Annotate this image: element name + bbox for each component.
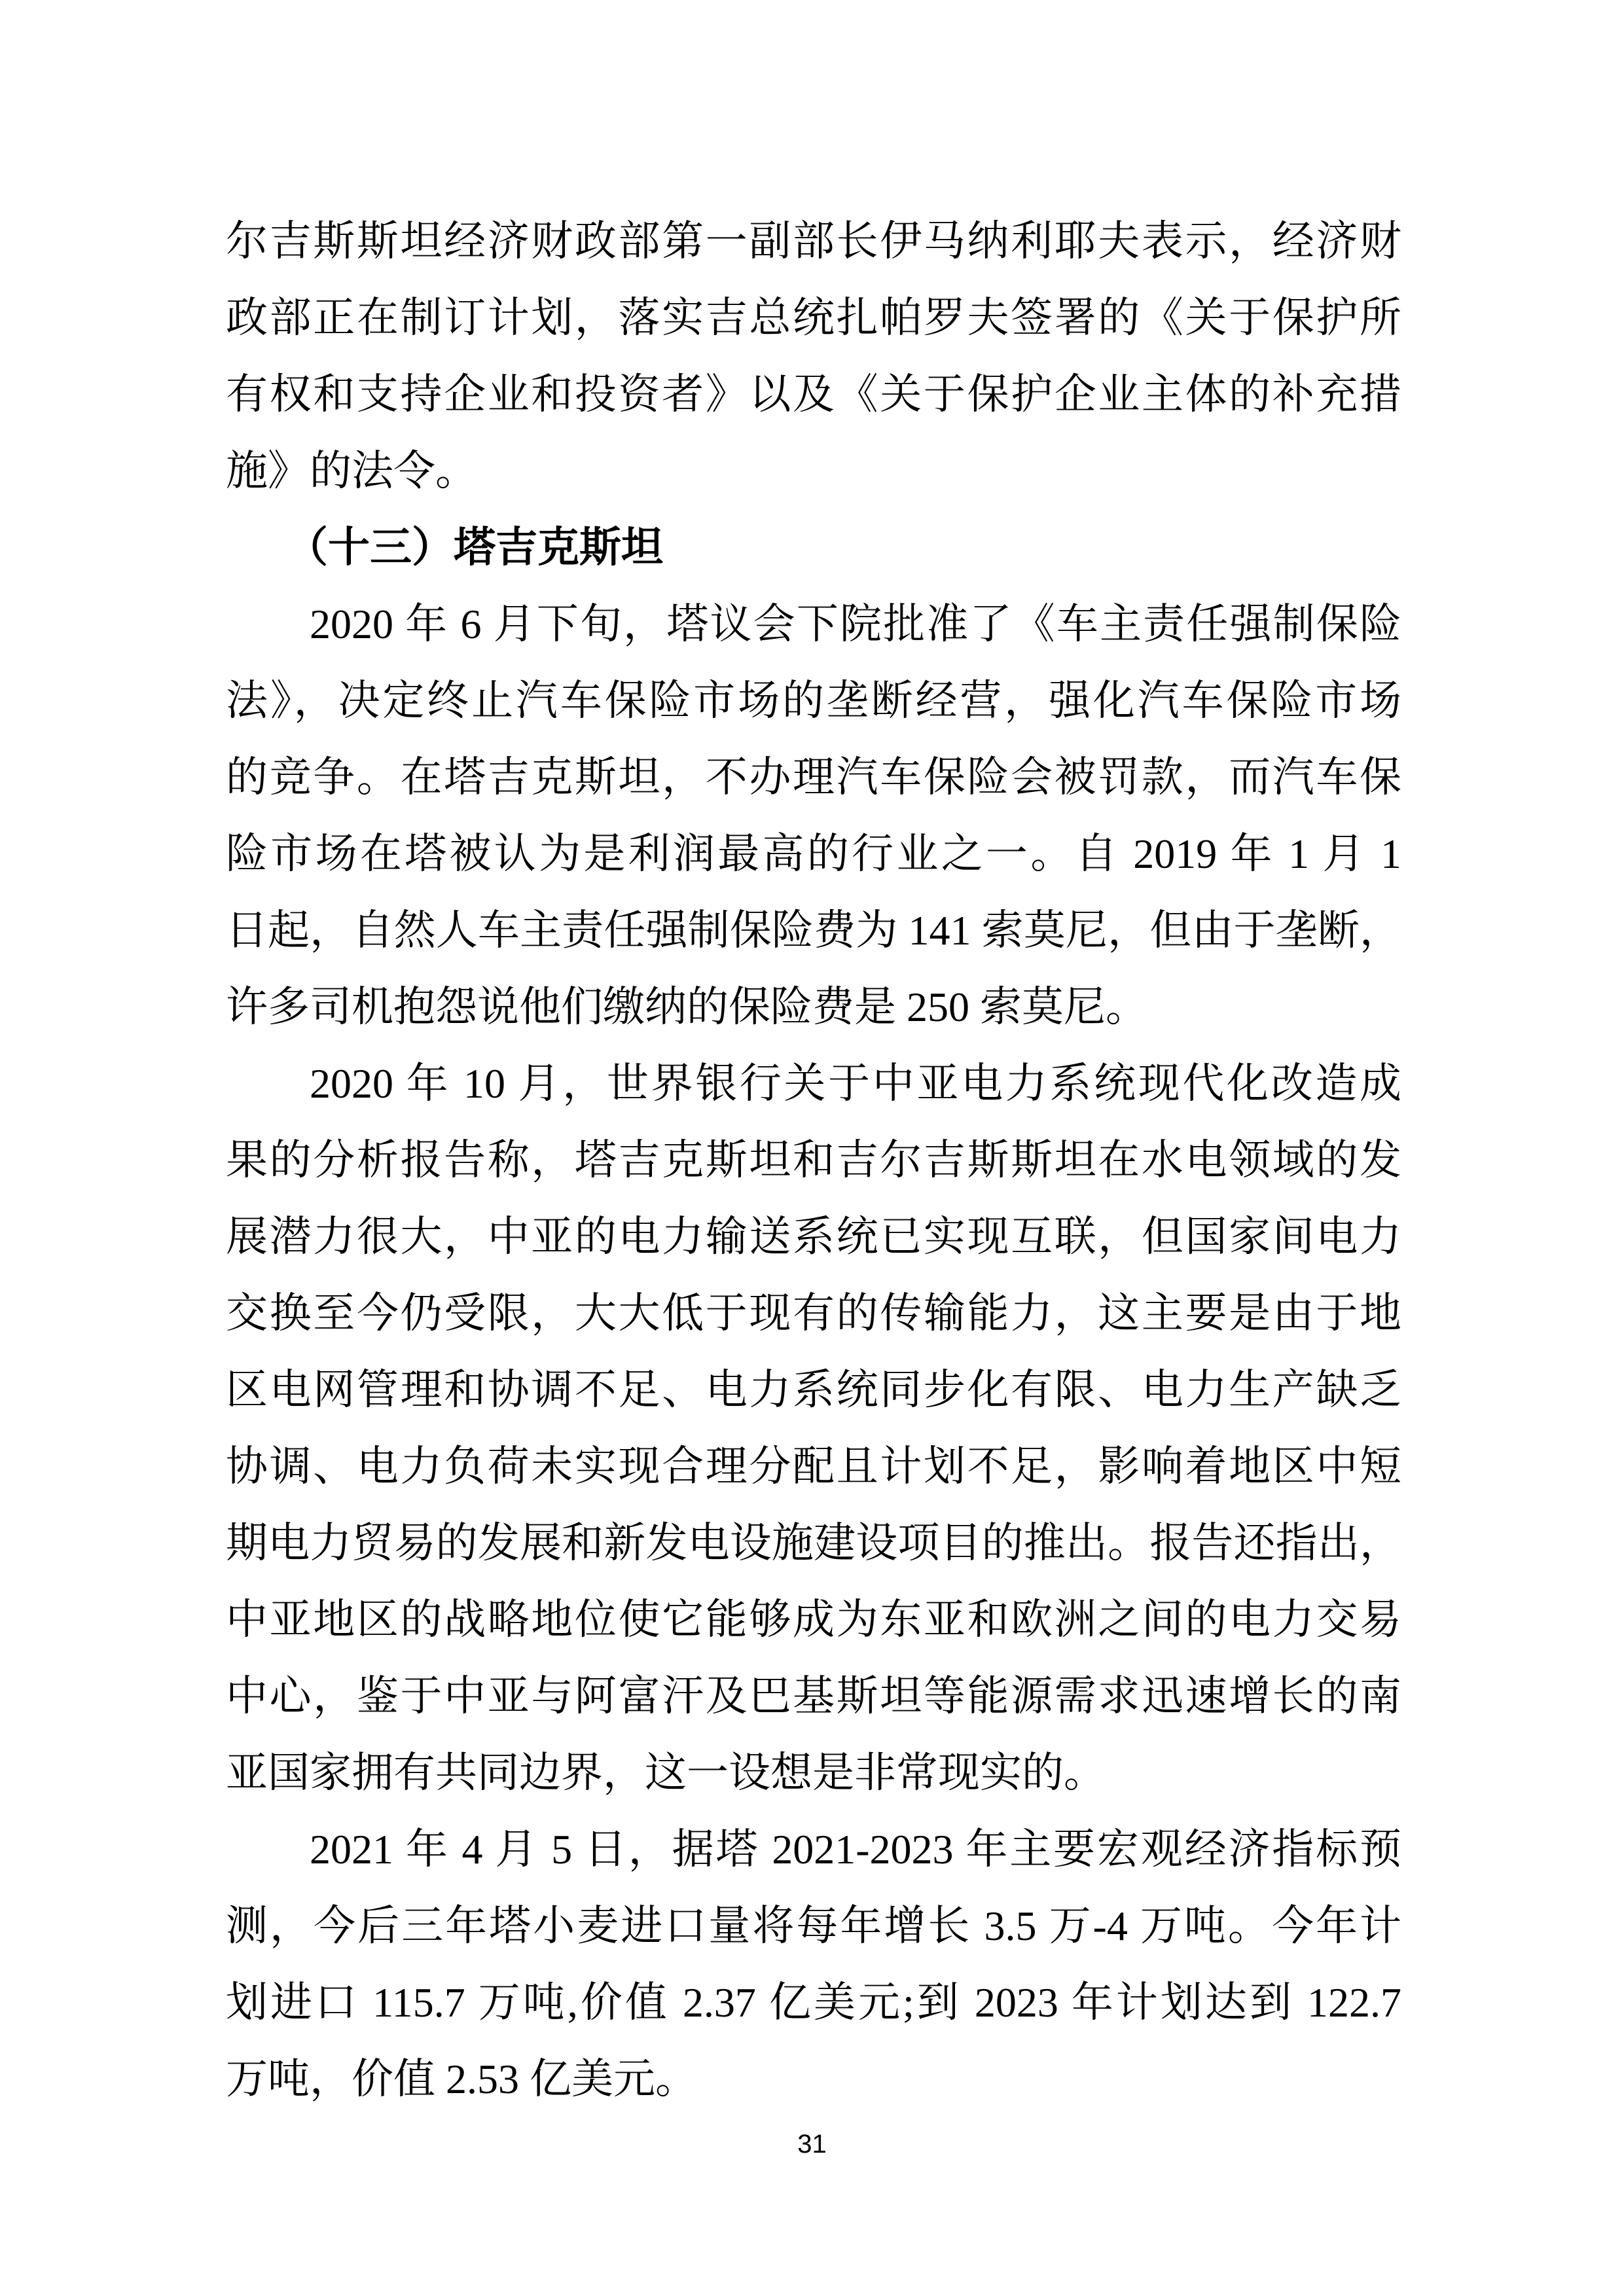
text-line: 政部正在制订计划，落实吉总统扎帕罗夫签署的《关于保护所 bbox=[226, 279, 1401, 356]
text-line: 有权和支持企业和投资者》以及《关于保护企业主体的补充措 bbox=[226, 356, 1401, 433]
paragraph-insurance-law: 2020 年 6 月下旬，塔议会下院批准了《车主责任强制保险 法》，决定终止汽车… bbox=[226, 586, 1401, 1045]
text-line: 许多司机抱怨说他们缴纳的保险费是 250 索莫尼。 bbox=[226, 969, 1401, 1045]
text-line: 果的分析报告称，塔吉克斯坦和吉尔吉斯斯坦在水电领域的发 bbox=[226, 1122, 1401, 1198]
text-line: 测，今后三年塔小麦进口量将每年增长 3.5 万-4 万吨。今年计 bbox=[226, 1888, 1401, 1964]
page-number: 31 bbox=[0, 2129, 1624, 2159]
text-line: 区电网管理和协调不足、电力系统同步化有限、电力生产缺乏 bbox=[226, 1352, 1401, 1428]
paragraph-continuation: 尔吉斯斯坦经济财政部第一副部长伊马纳利耶夫表示，经济财 政部正在制订计划，落实吉… bbox=[226, 203, 1401, 509]
section-heading-block: （十三）塔吉克斯坦 bbox=[226, 509, 1401, 586]
text-line: 万吨，价值 2.53 亿美元。 bbox=[226, 2041, 1401, 2117]
text-line: 期电力贸易的发展和新发电设施建设项目的推出。报告还指出， bbox=[226, 1505, 1401, 1581]
text-line: 施》的法令。 bbox=[226, 433, 1401, 509]
document-page: 尔吉斯斯坦经济财政部第一副部长伊马纳利耶夫表示，经济财 政部正在制订计划，落实吉… bbox=[0, 0, 1624, 2296]
text-line: 2020 年 10 月，世界银行关于中亚电力系统现代化改造成 bbox=[226, 1045, 1401, 1122]
text-line: 2020 年 6 月下旬，塔议会下院批准了《车主责任强制保险 bbox=[226, 586, 1401, 662]
text-line: 亚国家拥有共同边界，这一设想是非常现实的。 bbox=[226, 1734, 1401, 1811]
text-line: 中亚地区的战略地位使它能够成为东亚和欧洲之间的电力交易 bbox=[226, 1581, 1401, 1658]
text-line: 中心，鉴于中亚与阿富汗及巴基斯坦等能源需求迅速增长的南 bbox=[226, 1658, 1401, 1734]
text-line: 交换至今仍受限，大大低于现有的传输能力，这主要是由于地 bbox=[226, 1275, 1401, 1352]
text-line: 协调、电力负荷未实现合理分配且计划不足，影响着地区中短 bbox=[226, 1428, 1401, 1505]
text-line: 2021 年 4 月 5 日，据塔 2021-2023 年主要宏观经济指标预 bbox=[226, 1811, 1401, 1888]
text-line: 展潜力很大，中亚的电力输送系统已实现互联，但国家间电力 bbox=[226, 1198, 1401, 1275]
text-line: 划进口 115.7 万吨,价值 2.37 亿美元;到 2023 年计划达到 12… bbox=[226, 1964, 1401, 2041]
text-line: 尔吉斯斯坦经济财政部第一副部长伊马纳利耶夫表示，经济财 bbox=[226, 203, 1401, 279]
text-line: 险市场在塔被认为是利润最高的行业之一。自 2019 年 1 月 1 bbox=[226, 816, 1401, 892]
paragraph-wheat-forecast: 2021 年 4 月 5 日，据塔 2021-2023 年主要宏观经济指标预 测… bbox=[226, 1811, 1401, 2117]
paragraph-world-bank-report: 2020 年 10 月，世界银行关于中亚电力系统现代化改造成 果的分析报告称，塔… bbox=[226, 1045, 1401, 1811]
page-content: 尔吉斯斯坦经济财政部第一副部长伊马纳利耶夫表示，经济财 政部正在制订计划，落实吉… bbox=[226, 203, 1401, 2117]
text-line: 的竞争。在塔吉克斯坦，不办理汽车保险会被罚款，而汽车保 bbox=[226, 739, 1401, 816]
section-heading: （十三）塔吉克斯坦 bbox=[226, 509, 1401, 586]
text-line: 法》，决定终止汽车保险市场的垄断经营，强化汽车保险市场 bbox=[226, 662, 1401, 739]
text-line: 日起，自然人车主责任强制保险费为 141 索莫尼，但由于垄断， bbox=[226, 892, 1401, 969]
